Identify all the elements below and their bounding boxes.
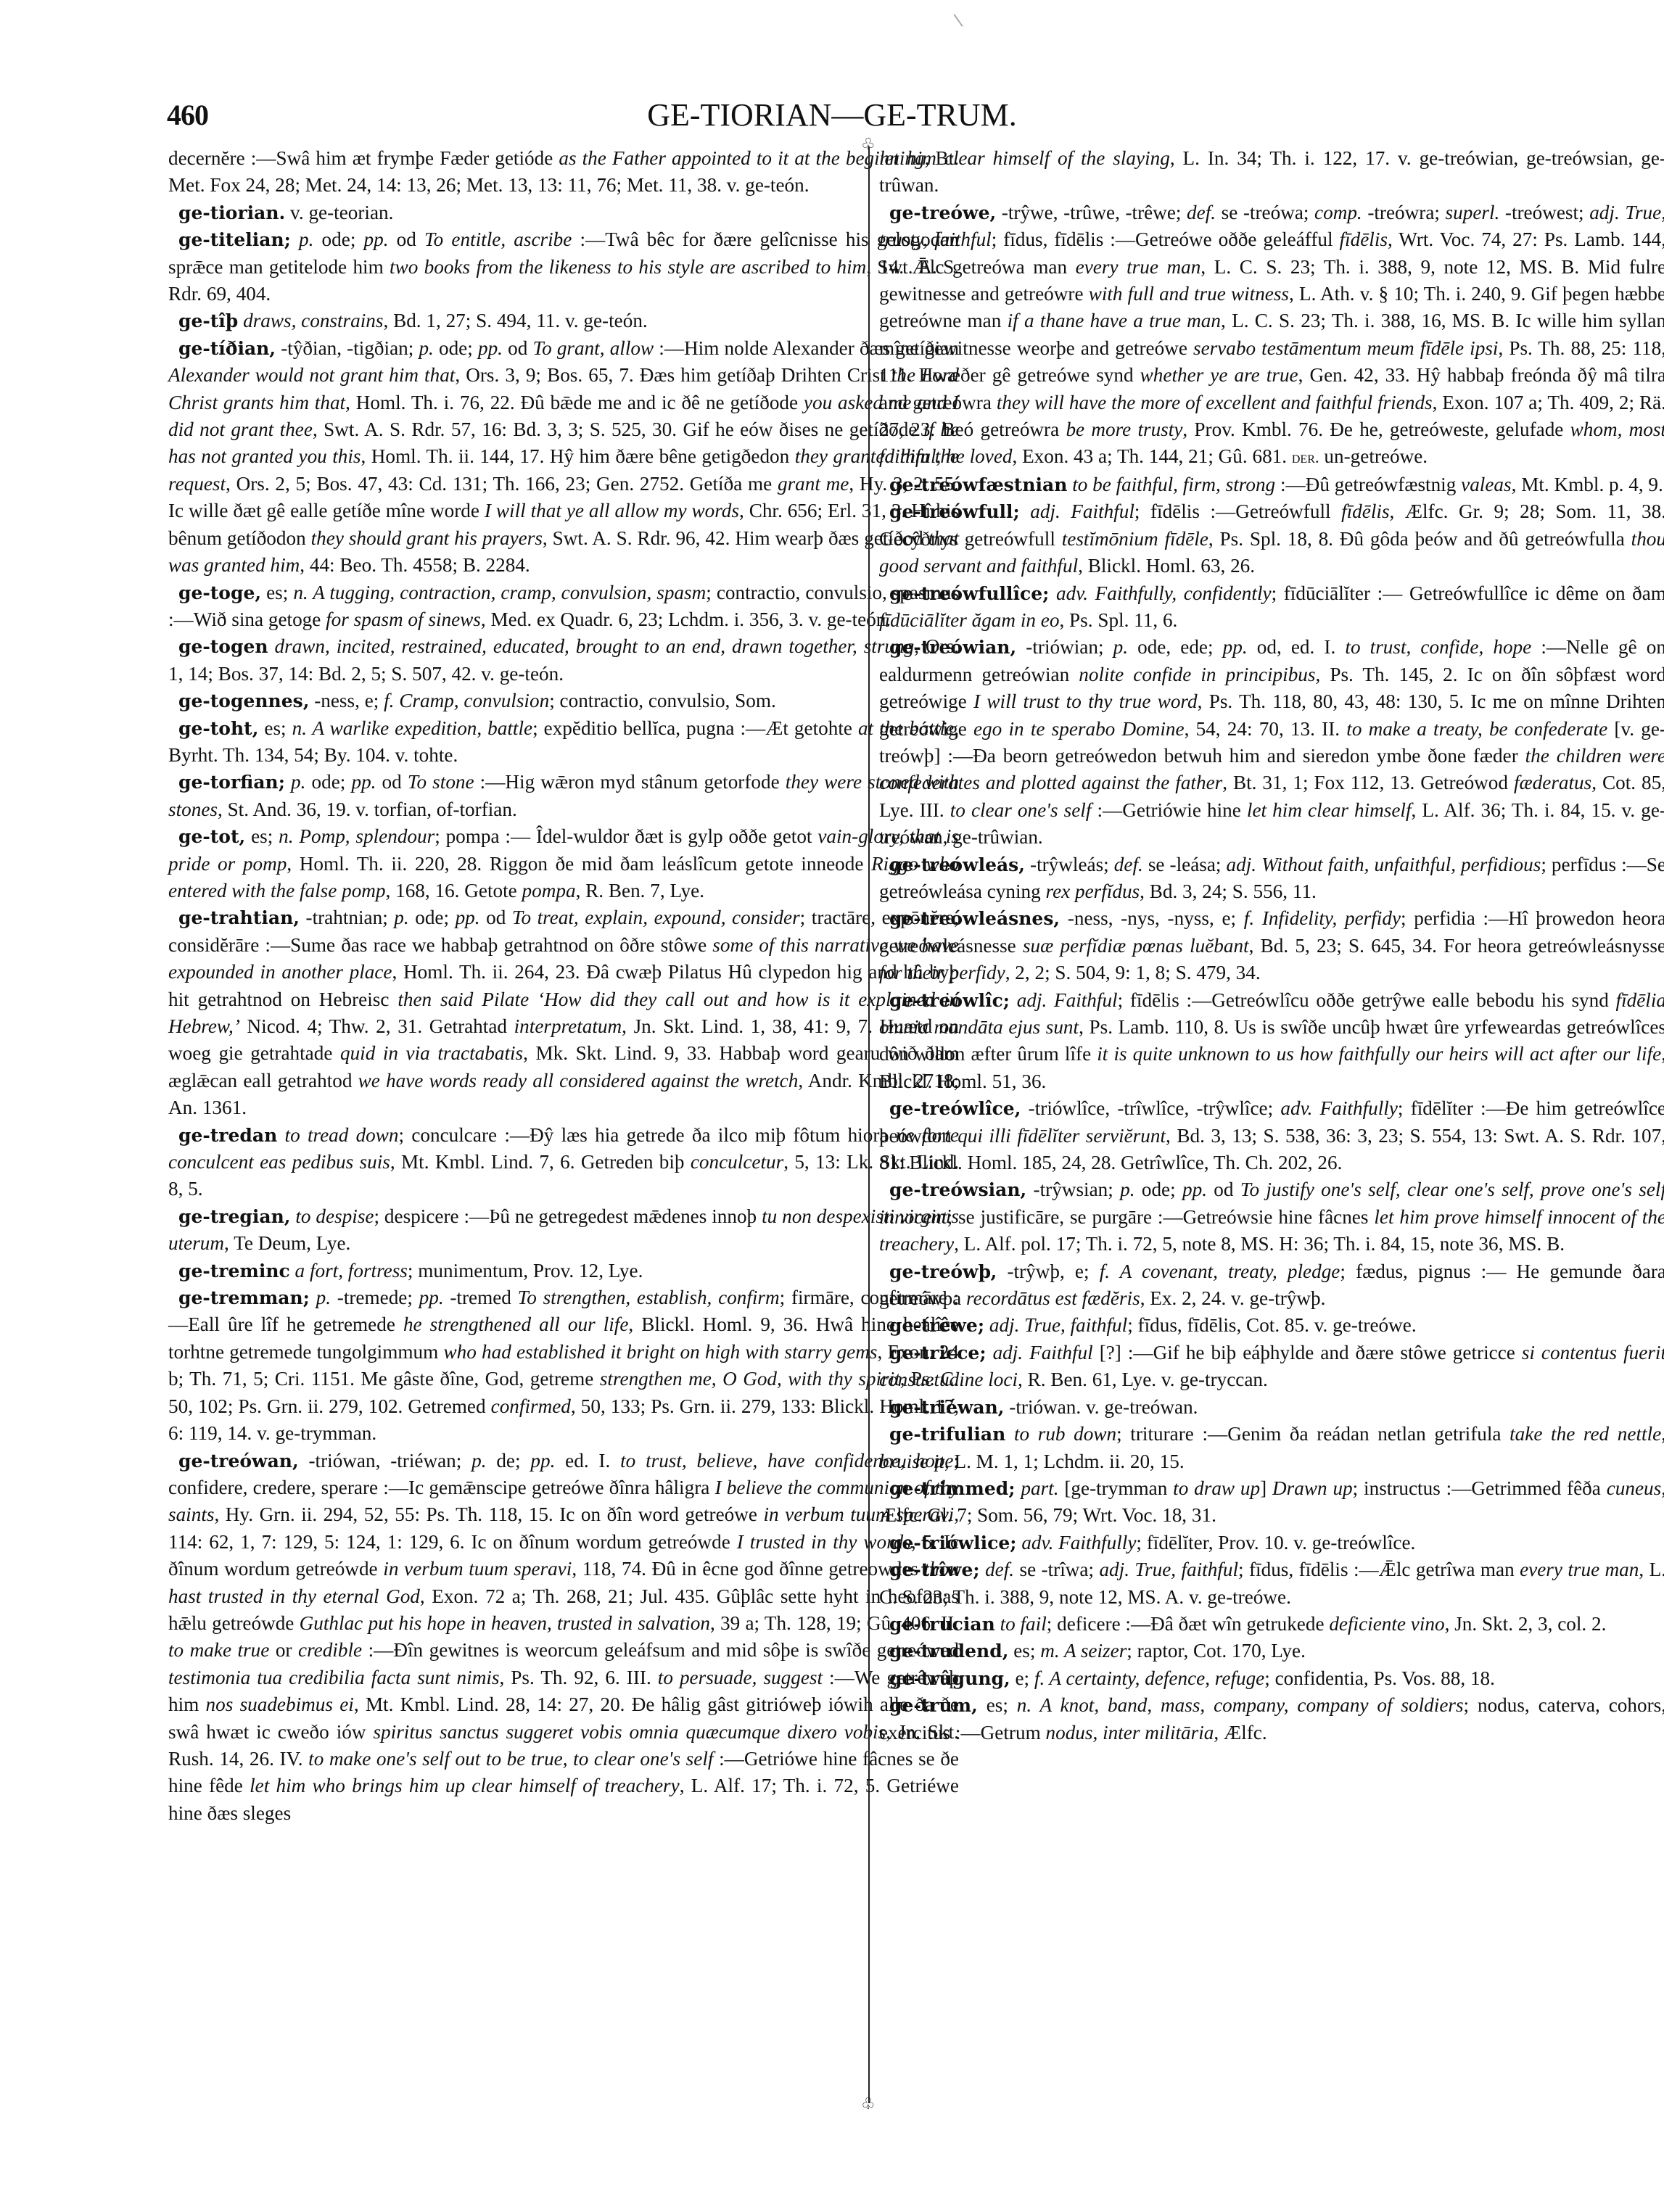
entry-text: se -treówa; [1216,202,1314,223]
dictionary-entry: decernĕre :—Swâ him æt frymþe Fæder geti… [168,145,959,199]
italic-gloss: pp. [364,228,389,250]
italic-gloss: conculcetur [691,1151,783,1173]
entry-text: od [389,228,425,250]
dictionary-entry: ge-triéwan, -triówan. v. ge-treówan. [879,1394,1664,1421]
entry-text [1049,582,1056,604]
italic-gloss: adj. Faithful [993,1342,1093,1363]
dictionary-entry: ge-treówfæstnian to be faithful, firm, s… [879,471,1664,498]
dictionary-entry: ge-trahtian, -trahtnian; p. ode; pp. od … [168,904,959,1121]
entry-text: , 2, 2; S. 504, 9: 1, 8; S. 479, 34. [1005,962,1261,983]
entry-text: es; [978,1694,1017,1716]
italic-gloss: p. [299,228,313,250]
entry-text: ode; [409,907,456,928]
italic-gloss: to make one's self out to be true, to cl… [308,1748,713,1770]
entry-text: ; fīdus, fīdēlis :—Getreówe oððe geleáff… [992,228,1340,250]
italic-gloss: n. A tugging, contraction, cramp, convul… [293,582,706,603]
headword: ge-treówfæstnian [889,474,1067,495]
dictionary-entry: ge-treówfullîce; adv. Faithfully, confid… [879,580,1664,635]
dictionary-entry: ge-treówsian, -trŷwsian; p. ode; pp. od … [879,1176,1664,1258]
headword: ge-tricce; [889,1342,987,1363]
entry-text: , 168, 16. Getote [386,880,522,901]
italic-gloss: p. [1120,1179,1134,1200]
italic-gloss: adj. Without faith, unfaithful, perfidio… [1227,854,1541,875]
headword: ge-tíðian, [178,338,276,359]
entry-text [980,1559,985,1580]
dictionary-entry: ge-treówleásnes, -ness, -nys, -nyss, e; … [879,905,1664,986]
headword: ge-trucian [889,1614,995,1635]
dictionary-entry: ge-torfian; p. ode; pp. od To stone :—Hi… [168,769,959,823]
entry-text: od [376,771,407,793]
headword: ge-togen [178,636,268,657]
running-head: GE-TIORIAN—GE-TRUM. [0,96,1664,133]
italic-gloss: to draw up [1173,1477,1260,1499]
italic-gloss: nolite confide in principibus [1079,664,1315,685]
italic-gloss: n. Pomp, splendour [279,825,434,847]
italic-gloss: they will have the more of excellent and… [997,392,1433,413]
entry-text: , Ors. 2, 5; Bos. 47, 43: Cd. 131; Th. 1… [226,473,778,495]
dictionary-entry: ge-treówþ, -trŷwþ, e; f. A covenant, tre… [879,1258,1664,1313]
italic-gloss: Guthlac put his hope in heaven, trusted … [300,1612,710,1634]
dictionary-entry: ge-tiorian. v. ge-teorian. [168,199,959,226]
entry-text: ; contractio, convulsio, Som. [549,690,776,711]
headword: ge-treówe, [889,202,996,223]
italic-gloss: m. A seizer [1040,1640,1127,1662]
entry-text: ; triturare :—Genim ða reádan netlan get… [1116,1423,1509,1445]
dictionary-entry: ge-trîwe; def. se -trîwa; adj. True, fai… [879,1556,1664,1611]
entry-text [1005,1423,1014,1445]
dictionary-entry: ge-treówfull; adj. Faithful; fīdēlis :—G… [879,498,1664,579]
italic-gloss: to persuade, suggest [658,1667,823,1688]
headword: ge-tregian, [178,1206,290,1227]
entry-text: -ness, -nys, -nyss, e; [1060,907,1244,929]
entry-text: ode; [1135,1179,1182,1200]
italic-gloss: every true man [1520,1559,1639,1580]
dictionary-entry: ge-titelian; p. ode; pp. od To entitle, … [168,226,959,308]
headword: ge-treówþ, [889,1261,997,1282]
italic-gloss: drawn, incited, restrained, educated, br… [275,635,915,657]
italic-gloss: f. A covenant, treaty, pledge [1100,1260,1340,1282]
dictionary-entry: ge-treminc a fort, fortress; munimentum,… [168,1258,959,1284]
headword: ge-trêwe; [889,1315,984,1336]
dictionary-entry: ge-treówan, -triówan, -triéwan; p. de; p… [168,1448,959,1828]
headword: ge-treówfull; [889,501,1020,522]
italic-gloss: quid in via tractabatis [340,1042,523,1064]
headword: ge-tot, [178,826,245,847]
entry-text: , Bd. 3, 24; S. 556, 11. [1140,880,1317,902]
entry-text: -triówan. v. ge-treówan. [1004,1396,1198,1418]
italic-gloss: nos suadebimus ei [206,1693,354,1715]
entry-text: :—Getriówie hine [1091,799,1247,821]
dictionary-entry: ge-tricce; adj. Faithful [?] :—Gif he bi… [879,1340,1664,1394]
headword: ge-trûgung, [889,1668,1010,1689]
dictionary-entry: ge-trifulian to rub down; triturare :—Ge… [879,1421,1664,1475]
italic-gloss: pp. [478,337,503,359]
entry-text: ; fīdus, fīdēlis :—Ǣlc getrîwa man [1238,1559,1520,1580]
entry-text [290,1260,295,1282]
italic-gloss: def. [985,1559,1014,1580]
entry-text [995,1613,1000,1635]
dictionary-entry: ge-togennes, -ness, e; f. Cramp, convuls… [168,688,959,714]
italic-gloss: fīdūciālĭter ăgam in eo [879,609,1059,631]
italic-gloss: let him who brings him up clear himself … [250,1775,680,1796]
entry-text: ode, ede; [1128,636,1223,658]
entry-text: [?] :—Gif he biþ eáþhylde and ðære stôwe… [1093,1342,1522,1363]
entry-text: , Exon. 43 a; Th. 144, 21; Gû. 681. [1012,445,1291,467]
entry-text: ; pompa :— Îdel-wuldor ðæt is gylp oððe … [434,825,817,847]
italic-gloss: testĭmōnium fīdēle [1062,528,1208,550]
italic-gloss: def. [1114,854,1143,875]
entry-text: Nicod. 4; Thw. 2, 31. Getrahtad [240,1015,514,1037]
entry-text: un-getreówe. [1319,445,1428,467]
italic-gloss: f. A certainty, defence, refuge [1034,1667,1264,1689]
headword: ge-triéwan, [889,1397,1004,1418]
entry-text: , R. Ben. 7, Lye. [576,880,704,901]
italic-gloss: pp. [1223,636,1248,658]
dictionary-entry: ge-tîþ draws, constrains, Bd. 1, 27; S. … [168,308,959,334]
headword: ge-treówleás, [889,854,1025,875]
entry-text [268,635,275,657]
entry-text: ; fīdēlis :—Getreówlîcu oððe getrŷwe eal… [1118,989,1616,1011]
dictionary-entry: ge-treówlîc; adj. Faithful; fīdēlis :—Ge… [879,987,1664,1096]
italic-gloss: to make a treaty, be confederate [1346,718,1607,740]
italic-gloss: To treat, explain, expound, consider [512,907,800,928]
headword: ge-trîwe; [889,1559,980,1580]
italic-gloss: f. Infidelity, perfidy [1244,907,1401,929]
italic-gloss: he strengthened all our life [403,1313,628,1335]
entry-text: , Prov. Kmbl. 76. Ðe he, getreóweste, ge… [1182,418,1570,440]
italic-gloss: for spasm of sinews [326,608,481,630]
headword: ge-tiorian. [178,202,285,223]
dictionary-entry: ge-tremman; p. -tremede; pp. -tremed To … [168,1284,959,1447]
entry-text: , Ps. Spl. 18, 8. Ðû gôda þeów and ðû ge… [1208,528,1631,550]
italic-gloss: servabo testāmentum meum fīdēle ipsi [1193,337,1498,359]
italic-gloss: pp. [419,1287,444,1308]
headword: ge-treówlîc; [889,990,1010,1011]
italic-gloss: To strengthen, establish, confirm [518,1287,780,1308]
dictionary-entry: ge-togen drawn, incited, restrained, edu… [168,633,959,688]
entry-text: , Blickl. Homl. 63, 26. [1078,555,1255,577]
entry-text: ; expĕditio bellĭca, pugna :—Æt getohte [532,717,858,739]
headword: ge-toht, [178,718,258,739]
dictionary-entry: ge-trum, es; n. A knot, band, mass, comp… [879,1692,1664,1746]
headword: ge-trifulian [889,1424,1005,1445]
scan-artifact-mark [953,14,963,27]
entry-text: od [1207,1179,1240,1200]
entry-text: , Te Deum, Lye. [224,1232,350,1254]
entry-text [1020,500,1031,522]
headword: ge-treówleásnes, [889,908,1060,929]
headword: ge-treminc [178,1260,290,1282]
italic-gloss: Drawn up [1272,1477,1353,1499]
entry-text: es; [245,825,279,847]
entry-text: -trŷwsian; [1026,1179,1120,1200]
dictionary-entry: ge-toge, es; n. A tugging, contraction, … [168,579,959,634]
entry-text: , Jn. Skt. 2, 3, col. 2. [1445,1613,1607,1635]
clover-ornament-icon: ♧ [861,136,876,152]
entry-text: -triówan, -triéwan; [299,1450,471,1472]
italic-gloss: draws, constrains [243,310,383,331]
headword: ge-trudend, [889,1641,1008,1662]
entry-text: -trŷwe, -trûwe, -trêwe; [996,202,1187,223]
italic-gloss: to despise [295,1205,374,1227]
dictionary-entry: ge-tot, es; n. Pomp, splendour; pompa :—… [168,823,959,904]
italic-gloss: f. Cramp, convulsion [384,690,549,711]
italic-gloss: adj. True, faithful [989,1314,1127,1336]
italic-gloss: valeas [1461,474,1511,495]
headword: ge-treówfullîce; [889,583,1049,604]
italic-gloss: with full and true witness [1089,283,1289,305]
italic-gloss: To stone [408,771,474,793]
entry-text: , R. Ben. 61, Lye. v. ge-tryccan. [1018,1369,1268,1390]
entry-text: -trŷwþ, e; [997,1260,1099,1282]
entry-text: ode; [434,337,478,359]
dictionary-entry: ge-trimmed; part. [ge-trymman to draw up… [879,1475,1664,1530]
italic-gloss: let him clear himself of the slaying [879,147,1170,169]
italic-gloss: adj. True, faithful [1099,1559,1238,1580]
italic-gloss: Alexander would not grant him that [168,364,455,386]
entry-text: v. ge-teorian. [285,202,393,223]
italic-gloss: comp. [1314,202,1362,223]
entry-text: [ge-trymman [1059,1477,1174,1499]
italic-gloss: To grant, allow [532,337,654,359]
entry-text [285,771,291,793]
headword: ge-trimmed; [889,1478,1016,1499]
entry-text: -ness, e; [309,690,384,711]
dictionary-entry: ge-trucian to fail; deficere :—Ðâ ðæt wî… [879,1611,1664,1638]
dictionary-entry: let him clear himself of the slaying, L.… [879,145,1664,199]
italic-gloss: adj. Faithful [1017,989,1118,1011]
entry-text: , 54, 24: 70, 13. II. [1185,718,1347,740]
dictionary-entry: ge-tredan to tread down; conculcare :—Ðŷ… [168,1122,959,1203]
entry-text: :—Hig wǣron myd stânum getorfode [474,771,786,793]
entry-text: se -trîwa; [1014,1559,1099,1580]
entry-text: , St. And. 36, 19. v. torfian, of-torfia… [218,798,517,820]
entry-text: es; [258,717,292,739]
italic-gloss: pp. [1182,1179,1207,1200]
entry-text [984,1314,989,1336]
dictionary-entry: ge-treówe, -trŷwe, -trûwe, -trêwe; def. … [879,199,1664,471]
entry-text: , Med. ex Quadr. 6, 23; Lchdm. i. 356, 3… [481,608,891,630]
italic-gloss: to rub down [1014,1423,1116,1445]
italic-gloss: spiritus sanctus suggeret vobis omnia qu… [373,1721,886,1743]
dictionary-entry: ge-tregian, to despise; despicere :—Þû n… [168,1203,959,1258]
italic-gloss: adv. Faithfully [1280,1097,1398,1119]
entry-text: es; [261,582,293,603]
italic-gloss: adj. Faithful [1030,500,1134,522]
entry-text: , Bt. 31, 1; Fox 112, 13. Getreówod [1222,772,1514,793]
entry-text: ; instructus :—Getrimmed fêða [1353,1477,1607,1499]
headword: ge-treówsian, [889,1179,1026,1200]
entry-text: , L. Alf. pol. 17; Th. i. 72, 5, note 8,… [954,1233,1565,1255]
entry-text: ode; [313,228,363,250]
entry-text: ed. I. [555,1450,620,1472]
entry-text: ; fīdēlĭter, Prov. 10. v. ge-treówlîce. [1136,1532,1415,1553]
entry-text: -tremed [444,1287,518,1308]
italic-gloss: two books from the likeness to his style… [390,256,866,278]
dictionary-entry: ge-toht, es; n. A warlike expedition, ba… [168,715,959,769]
italic-gloss: I will that ye all allow my words [485,500,739,521]
entry-text: ; despicere :—Þû ne getregedest mǣdenes … [374,1205,762,1227]
entry-text: :—Ðû getreówfæstnig [1275,474,1461,495]
dictionary-entry: ge-treówian, -triówian; p. ode, ede; pp.… [879,634,1664,851]
italic-gloss: confirmed [491,1395,571,1417]
italic-gloss: qui illi fīdēlĭter serviĕrunt [957,1125,1166,1147]
headword: ge-treówian, [889,637,1016,658]
italic-gloss: be more trusty [1066,418,1182,440]
italic-gloss: they should grant his prayers [311,527,543,549]
entry-text: -triówian; [1016,636,1113,658]
italic-gloss: p. [1113,636,1128,658]
clover-ornament-icon: ♧ [861,2096,876,2112]
entry-text: ; fīdus, fīdēlis, Cot. 85. v. ge-treówe. [1127,1314,1416,1336]
entry-text: , L. M. 1, 1; Lchdm. ii. 20, 15. [944,1450,1185,1472]
entry-text [310,1287,316,1308]
entry-text: , 44: Beo. Th. 4558; B. 2284. [300,554,530,576]
headword: ge-trahtian, [178,907,300,928]
headword: ge-tredan [178,1125,277,1146]
headword: ge-toge, [178,582,261,603]
entry-text [277,1124,284,1146]
italic-gloss: rex perfĭdus [1046,880,1140,902]
italic-gloss: pp. [351,771,376,793]
italic-gloss: to fail [1000,1613,1047,1635]
italic-gloss: to trust, confide, hope [1345,636,1531,658]
italic-gloss: fīdēlis [1341,500,1389,522]
italic-gloss: p. [471,1450,486,1472]
dictionary-entry: ge-treówlîce, -triówlîce, -trîwlîce, -tr… [879,1095,1664,1176]
dictionary-entry: ge-trûgung, e; f. A certainty, defence, … [879,1665,1664,1692]
entry-text: ; conculcare :—Ðŷ læs hia getrede ða ilc… [399,1124,896,1146]
italic-gloss: let him clear himself [1247,799,1412,821]
italic-gloss: cuneus [1607,1477,1662,1499]
headword: ge-tremman; [178,1287,310,1308]
entry-text: ] [1260,1477,1272,1499]
entry-text: -trahtnian; [300,907,394,928]
italic-gloss: adv. Faithfully [1021,1532,1136,1553]
headword: ge-treówan, [178,1450,299,1472]
italic-gloss: p. [394,907,408,928]
italic-gloss: we have words ready all considered again… [358,1070,799,1091]
entry-text: , Swt. A. S. Rdr. 96, 42. Him wearþ ðæs … [543,527,928,549]
entry-text: , Homl. Th. ii. 144, 17. Hŷ him ðære bên… [361,445,795,467]
italic-gloss: p. [291,771,305,793]
italic-gloss: grant me [778,473,849,495]
entry-text: od, ed. I. [1248,636,1346,658]
entry-text: , Ps. Th. 92, 6. III. [499,1667,657,1688]
dictionary-entry: ge-trudend, es; m. A seizer; raptor, Cot… [879,1638,1664,1664]
entry-text: , Mt. Kmbl. p. 4, 9. [1512,474,1663,495]
headword: ge-torfian; [178,772,285,793]
entry-text [291,228,299,250]
italic-gloss: to clear one's self [950,799,1092,821]
italic-gloss: a fort, fortress [295,1260,408,1282]
italic-gloss: interpretatum [514,1015,622,1037]
italic-gloss: fīdēlis [1340,228,1388,250]
italic-gloss: whether ye are true [1140,364,1298,386]
entry-text: ; deficere :—Ðâ ðæt wîn getrukede [1047,1613,1330,1635]
italic-gloss: deficiente vino [1329,1613,1444,1635]
entry-text: , Mt. Kmbl. Lind. 7, 6. Getreden biþ [390,1151,691,1173]
entry-text: ; raptor, Cot. 170, Lye. [1127,1640,1306,1662]
italic-gloss: part. [1021,1477,1058,1499]
italic-gloss: p. [316,1287,331,1308]
entry-text: ; fīdūciālĭter :— Getreówfullîce ic dême… [1272,582,1664,604]
entry-text: or [269,1639,298,1661]
italic-gloss: to make true [168,1639,269,1661]
italic-gloss: to be faithful, firm, strong [1072,474,1275,495]
entry-text: se -leása; [1143,854,1227,875]
entry-text: , Ælfc. [1214,1722,1266,1743]
entry-text: , Ex. 2, 24. v. ge-trŷwþ. [1140,1287,1326,1309]
entry-text: -treówest; [1499,202,1589,223]
entry-text: -trŷwleás; [1025,854,1114,875]
entry-text: -tŷðian, -tigðian; [276,337,419,359]
entry-text: ode; [305,771,351,793]
entry-text: , Bd. 5, 23; S. 645, 34. For heora getre… [1249,935,1664,957]
italic-gloss: def. [1187,202,1216,223]
entry-text: od [503,337,533,359]
headword: ge-treówlîce, [889,1098,1021,1119]
entry-text: , Ps. Spl. 11, 6. [1059,609,1177,631]
italic-gloss: every true man [1076,256,1201,278]
dictionary-entry: ge-triówlice; adv. Faithfully; fīdēlĭter… [879,1530,1664,1556]
right-column: let him clear himself of the slaying, L.… [879,145,1664,1746]
italic-gloss: for their perfidy [879,962,1005,983]
italic-gloss: superl. [1446,202,1500,223]
italic-gloss: credible [298,1639,362,1661]
italic-gloss: strengthen me, O God, with thy spirit [600,1368,900,1390]
italic-gloss: n. A knot, band, mass, company, company … [1017,1694,1464,1716]
entry-text: , Homl. Th. ii. 220, 28. Riggon ðe mid ð… [287,853,871,875]
entry-text: , Hy. Grn. ii. 294, 52, 55: Ps. Th. 118,… [214,1503,763,1525]
italic-gloss: pp. [530,1450,555,1472]
headword: ge-trum, [889,1695,978,1716]
italic-gloss: fæderatus [1514,772,1591,793]
entry-text [1010,989,1017,1011]
entry-text: e; [1010,1667,1034,1689]
italic-gloss: adv. Faithfully, confidently [1056,582,1272,604]
entry-text: es; [1008,1640,1040,1662]
dictionary-entry: ge-treówleás, -trŷwleás; def. se -leása;… [879,851,1664,906]
italic-gloss: n. A warlike expedition, battle [292,717,532,739]
italic-gloss: recordātus est fædĕris [966,1287,1140,1309]
italic-gloss: to tread down [285,1124,399,1146]
entry-text [987,1342,993,1363]
entry-text: , Bd. 1, 27; S. 494, 11. v. ge-teón. [383,310,647,331]
entry-text: decernĕre :—Swâ him æt frymþe Fæder geti… [168,147,559,169]
italic-gloss: pp. [456,907,480,928]
entry-text: de; [487,1450,531,1472]
small-caps-label: der. [1292,448,1319,466]
italic-gloss: pompa [522,880,576,901]
italic-gloss: if a thane have a true man [1008,310,1221,331]
entry-text: , Homl. Th. i. 76, 22. Ðû bǣde me and ic… [345,392,804,413]
entry-text: -tremede; [331,1287,419,1308]
entry-text: -treówra; [1362,202,1446,223]
entry-text: ; munimentum, Prov. 12, Lye. [408,1260,643,1282]
headword: ge-tîþ [178,310,238,331]
entry-text: ; confidentia, Ps. Vos. 88, 18. [1264,1667,1495,1689]
left-column: decernĕre :—Swâ him æt frymþe Fæder geti… [168,145,959,1827]
italic-gloss: who had established it bright on high wi… [443,1341,877,1363]
italic-gloss: p. [419,337,433,359]
entry-text: ; se justificāre, se purgāre :—Getreówsi… [947,1206,1375,1228]
dictionary-entry: ge-trêwe; adj. True, faithful; fīdus, fī… [879,1312,1664,1339]
dictionary-entry: ge-tíðian, -tŷðian, -tigðian; p. ode; pp… [168,335,959,579]
entry-text: , 118, 74. Ðû in êcne god ðînne getreowd… [572,1558,923,1580]
entry-text: ; fīdēlis :—Getreówfull [1134,500,1341,522]
headword: ge-titelian; [178,229,291,250]
